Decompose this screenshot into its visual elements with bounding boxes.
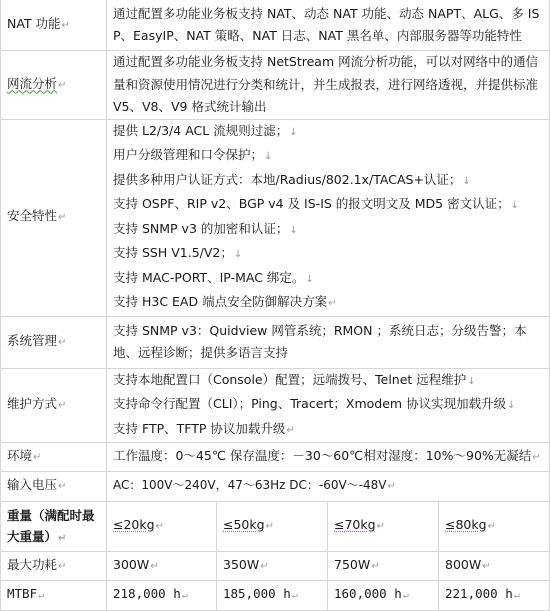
label-text: 维护方式 [7, 396, 57, 411]
row-label: 网流分析↵ [1, 51, 107, 120]
paragraph-mark-icon: ↵ [58, 533, 66, 544]
paragraph-mark-icon: ↵ [388, 481, 396, 492]
row-label: 输入电压↵ [1, 472, 107, 502]
value-line: 支持本地配置口（Console）配置；远端拨号、Telnet 远程维护↓ [113, 369, 543, 394]
value-cell: 750W↵ [328, 552, 439, 578]
row-label: 维护方式↵ [1, 368, 107, 443]
label-text: 系统管理 [7, 333, 57, 348]
table-row-system-management: 系统管理↵ 支持 SNMP v3：Quidview 网管系统；RMON ；系统日… [1, 316, 550, 368]
paragraph-mark-icon: ↵ [266, 521, 274, 532]
table-row-max-power: 最大功耗↵ 300W↵ 350W↵ 750W↵ 800W↵ [1, 552, 550, 578]
table-row-netstream: 网流分析↵ 通过配置多功能业务板支持 NetStream 网流分析功能，可以对网… [1, 51, 550, 120]
row-label: 安全特性↵ [1, 119, 107, 316]
value-cell: ≤70kg↵ [328, 502, 439, 552]
row-value: 通过配置多功能业务板支持 NAT、动态 NAT 功能、动态 NAPT、ALG、多… [107, 0, 550, 51]
paragraph-mark-icon: ↵ [58, 212, 66, 223]
row-value: 通过配置多功能业务板支持 NetStream 网流分析功能，可以对网络中的通信量… [107, 51, 550, 120]
table-row-environment: 环境↵ 工作温度：0～45℃ 保存温度：－30～60℃相对湿度：10%～90%无… [1, 443, 550, 472]
paragraph-mark-icon: ↵ [286, 425, 294, 436]
value-line: 支持 SSH V1.5/V2；↓ [113, 242, 543, 267]
value-text: 通过配置多功能业务板支持 NAT、动态 NAT 功能、动态 NAPT、ALG、多… [113, 3, 543, 48]
paragraph-mark-icon: ↵ [260, 561, 268, 572]
line-break-icon: ↓ [467, 376, 475, 387]
table-row-weight: 重量（满配时最大重量）↵ ≤20kg↵ ≤50kg↵ ≤70kg↵ ≤80kg↵ [1, 502, 550, 552]
label-text: NAT 功能 [7, 16, 61, 31]
paragraph-mark-icon: ↵ [532, 452, 540, 463]
label-text: 环境 [7, 448, 32, 463]
value-line: 工作温度：0～45℃ 保存温度：－30～60℃相对湿度：10%～90%无凝结↵ [113, 445, 543, 470]
line-break-icon: ↓ [289, 225, 297, 236]
value-line: 支持 FTP、TFTP 协议加载升级↵ [113, 418, 543, 443]
line-break-icon: ↓ [507, 400, 515, 411]
value-line: 支持 H3C EAD 端点安全防御解决方案↵ [113, 291, 543, 316]
value-line: 支持 OSPF、RIP v2、BGP v4 及 IS-IS 的报文明文及 MD5… [113, 193, 543, 218]
paragraph-mark-icon: ↵ [58, 561, 66, 572]
label-text: 输入电压 [7, 477, 57, 492]
table-row-input-voltage: 输入电压↵ AC：100V～240V，47～63Hz DC：-60V～-48V↵ [1, 472, 550, 502]
line-break-icon: ↓ [511, 200, 519, 211]
value-cell: 800W↵ [439, 552, 550, 578]
row-value: 支持本地配置口（Console）配置；远端拨号、Telnet 远程维护↓ 支持命… [107, 368, 550, 443]
label-text: 重量（满配时最大重量） [7, 508, 95, 544]
paragraph-mark-icon: ↵ [33, 452, 41, 463]
row-value: 提供 L2/3/4 ACL 流规则过滤；↓ 用户分级管理和口令保护；↓ 提供多种… [107, 119, 550, 316]
paragraph-mark-icon: ↵ [482, 561, 490, 572]
value-line: 支持 MAC-PORT、IP-MAC 绑定。↓ [113, 267, 543, 292]
paragraph-mark-icon: ↵ [58, 400, 66, 411]
value-line: 支持命令行配置（CLI）；Ping、Tracert；Xmodem 协议实现加载升… [113, 393, 543, 418]
value-cell: 300W↵ [107, 552, 217, 578]
paragraph-mark-icon: ↵ [328, 298, 336, 309]
value-line: 提供多种用户认证方式：本地/Radius/802.1x/TACAS+认证；↓ [113, 169, 543, 194]
paragraph-mark-icon: ↵ [371, 561, 379, 572]
paragraph-mark-icon: ↵ [377, 521, 385, 532]
line-break-icon: ↓ [264, 151, 272, 162]
row-value: 支持 SNMP v3：Quidview 网管系统；RMON ；系统日志；分级告警… [107, 316, 550, 368]
value-line: 提供 L2/3/4 ACL 流规则过滤；↓ [113, 120, 543, 145]
label-text: 安全特性 [7, 208, 57, 223]
spec-table: NAT 功能↵ 通过配置多功能业务板支持 NAT、动态 NAT 功能、动态 NA… [0, 0, 550, 577]
table-row-maintenance: 维护方式↵ 支持本地配置口（Console）配置；远端拨号、Telnet 远程维… [1, 368, 550, 443]
line-break-icon: ↓ [234, 249, 242, 260]
value-cell: ≤20kg↵ [107, 502, 217, 552]
table-row-nat: NAT 功能↵ 通过配置多功能业务板支持 NAT、动态 NAT 功能、动态 NA… [1, 0, 550, 51]
value-line: 用户分级管理和口令保护；↓ [113, 144, 543, 169]
table-row-security: 安全特性↵ 提供 L2/3/4 ACL 流规则过滤；↓ 用户分级管理和口令保护；… [1, 119, 550, 316]
line-break-icon: ↓ [305, 274, 313, 285]
label-text: 网流分析 [7, 76, 57, 91]
paragraph-mark-icon: ↵ [58, 80, 66, 91]
row-label: NAT 功能↵ [1, 0, 107, 51]
line-break-icon: ↓ [462, 176, 470, 187]
value-cell: ≤80kg↵ [439, 502, 550, 552]
row-label: 系统管理↵ [1, 316, 107, 368]
value-text: 支持 SNMP v3：Quidview 网管系统；RMON ；系统日志；分级告警… [113, 320, 543, 365]
paragraph-mark-icon: ↵ [488, 521, 496, 532]
row-label: 最大功耗↵ [1, 552, 107, 578]
paragraph-mark-icon: ↵ [58, 481, 66, 492]
value-cell: 350W↵ [217, 552, 328, 578]
value-text: 通过配置多功能业务板支持 NetStream 网流分析功能，可以对网络中的通信量… [113, 51, 543, 119]
paragraph-mark-icon: ↵ [58, 337, 66, 348]
row-label: 环境↵ [1, 443, 107, 472]
row-value: 工作温度：0～45℃ 保存温度：－30～60℃相对湿度：10%～90%无凝结↵ [107, 443, 550, 472]
value-line: AC：100V～240V，47～63Hz DC：-60V～-48V↵ [113, 474, 543, 499]
paragraph-mark-icon: ↵ [156, 521, 164, 532]
paragraph-mark-icon: ↵ [150, 561, 158, 572]
value-cell: ≤50kg↵ [217, 502, 328, 552]
line-break-icon: ↓ [289, 127, 297, 138]
label-text: 最大功耗 [7, 557, 57, 572]
value-line: 支持 SNMP v3 的加密和认证；↓ [113, 218, 543, 243]
paragraph-mark-icon: ↵ [62, 20, 70, 31]
row-label: 重量（满配时最大重量）↵ [1, 502, 107, 552]
row-value: AC：100V～240V，47～63Hz DC：-60V～-48V↵ [107, 472, 550, 502]
